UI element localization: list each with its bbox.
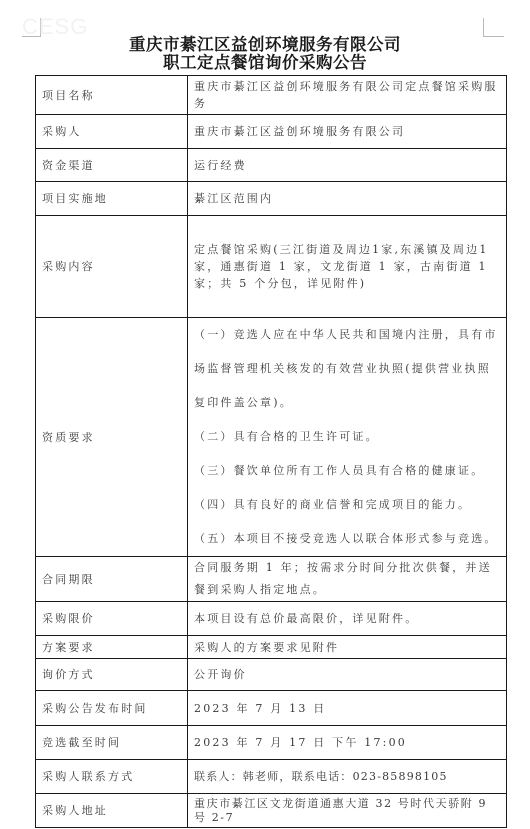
row-value: 公开询价 xyxy=(188,659,507,691)
row-value: 重庆市綦江区文龙街道通惠大道 32 号时代天骄附 9 号 2-7 xyxy=(188,794,507,828)
qualification-item: （三）餐饮单位所有工作人员具有合格的健康证。 xyxy=(194,454,500,488)
row-label: 项目实施地 xyxy=(36,182,188,216)
row-label: 项目名称 xyxy=(36,76,188,115)
qualification-item: （一）竞选人应在中华人民共和国境内注册，具有市场监督管理机关核发的有效营业执照(… xyxy=(194,318,500,420)
row-value: 重庆市綦江区益创环境服务有限公司 xyxy=(188,115,507,149)
table-row-publish-date: 采购公告发布时间 2023 年 7 月 13 日 xyxy=(36,691,507,726)
row-value: （一）竞选人应在中华人民共和国境内注册，具有市场监督管理机关核发的有效营业执照(… xyxy=(188,318,507,557)
row-value: 重庆市綦江区益创环境服务有限公司定点餐馆采购服务 xyxy=(188,76,507,115)
table-row-funding: 资金渠道 运行经费 xyxy=(36,149,507,182)
table-row-purchaser: 采购人 重庆市綦江区益创环境服务有限公司 xyxy=(36,115,507,149)
qualification-item: （二）具有合格的卫生许可证。 xyxy=(194,420,500,454)
table-row-project-name: 项目名称 重庆市綦江区益创环境服务有限公司定点餐馆采购服务 xyxy=(36,76,507,115)
row-value: 运行经费 xyxy=(188,149,507,182)
table-row-deadline: 竞选截至时间 2023 年 7 月 17 日 下午 17:00 xyxy=(36,726,507,760)
table-row-contract-term: 合同期限 合同服务期 1 年；按需求分时间分批次供餐，并送餐到采购人指定地点。 xyxy=(36,557,507,602)
table-row-plan-requirements: 方案要求 采购人的方案要求见附件 xyxy=(36,636,507,659)
table-row-contact: 采购人联系方式 联系人：韩老师，联系电话：023-85898105 xyxy=(36,760,507,794)
row-value: 綦江区范围内 xyxy=(188,182,507,216)
row-label: 竞选截至时间 xyxy=(36,726,188,760)
row-label: 采购限价 xyxy=(36,602,188,636)
row-label: 采购人联系方式 xyxy=(36,760,188,794)
row-value: 合同服务期 1 年；按需求分时间分批次供餐，并送餐到采购人指定地点。 xyxy=(188,557,507,602)
title-line-2: 职工定点餐馆询价采购公告 xyxy=(0,54,530,72)
row-value: 2023 年 7 月 13 日 xyxy=(188,691,507,726)
row-value: 本项目设有总价最高限价，详见附件。 xyxy=(188,602,507,636)
procurement-notice-table: 项目名称 重庆市綦江区益创环境服务有限公司定点餐馆采购服务 采购人 重庆市綦江区… xyxy=(35,75,507,828)
row-value: 2023 年 7 月 17 日 下午 17:00 xyxy=(188,726,507,760)
row-value: 定点餐馆采购(三江街道及周边1家,东溪镇及周边1家，通惠街道 1 家，文龙街道 … xyxy=(188,216,507,318)
row-value: 联系人：韩老师，联系电话：023-85898105 xyxy=(188,760,507,794)
table-row-procurement-content: 采购内容 定点餐馆采购(三江街道及周边1家,东溪镇及周边1家，通惠街道 1 家，… xyxy=(36,216,507,318)
row-label: 采购内容 xyxy=(36,216,188,318)
row-label: 资质要求 xyxy=(36,318,188,557)
qualification-item: （五）本项目不接受竞选人以联合体形式参与竞选。 xyxy=(194,522,500,556)
row-label: 采购公告发布时间 xyxy=(36,691,188,726)
row-label: 采购人 xyxy=(36,115,188,149)
table-row-qualifications: 资质要求 （一）竞选人应在中华人民共和国境内注册，具有市场监督管理机关核发的有效… xyxy=(36,318,507,557)
document-title: 重庆市綦江区益创环境服务有限公司 职工定点餐馆询价采购公告 xyxy=(0,36,530,72)
row-value: 采购人的方案要求见附件 xyxy=(188,636,507,659)
crop-mark-top-right xyxy=(483,18,504,37)
qualification-item: （四）具有良好的商业信誉和完成项目的能力。 xyxy=(194,488,500,522)
row-label: 资金渠道 xyxy=(36,149,188,182)
row-label: 询价方式 xyxy=(36,659,188,691)
table-row-price-limit: 采购限价 本项目设有总价最高限价，详见附件。 xyxy=(36,602,507,636)
table-row-address: 采购人地址 重庆市綦江区文龙街道通惠大道 32 号时代天骄附 9 号 2-7 xyxy=(36,794,507,828)
row-label: 采购人地址 xyxy=(36,794,188,828)
title-line-1: 重庆市綦江区益创环境服务有限公司 xyxy=(0,36,530,54)
row-label: 合同期限 xyxy=(36,557,188,602)
row-label: 方案要求 xyxy=(36,636,188,659)
table-row-location: 项目实施地 綦江区范围内 xyxy=(36,182,507,216)
table-row-inquiry-method: 询价方式 公开询价 xyxy=(36,659,507,691)
